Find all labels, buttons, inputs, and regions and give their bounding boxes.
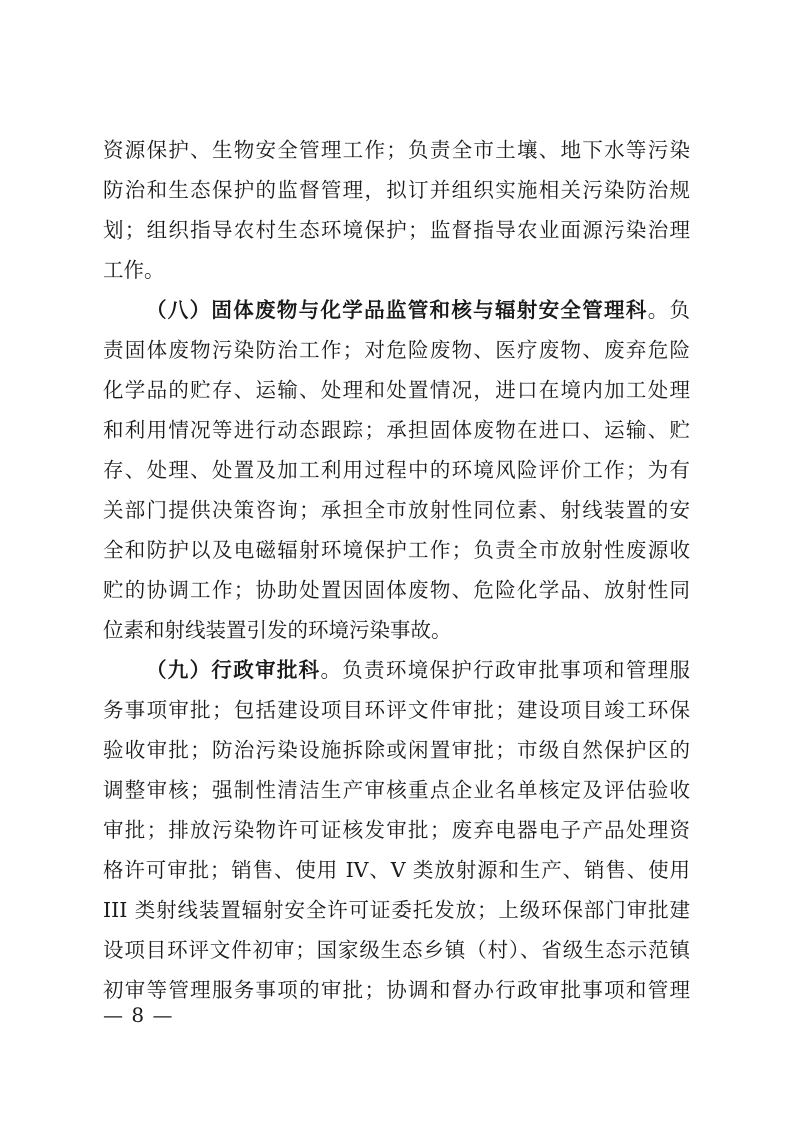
body-text-run: 。负 [648, 298, 690, 322]
text-line: 设项目环评文件初审；国家级生态乡镇（村）、省级生态示范镇 [103, 930, 690, 970]
text-line: III 类射线装置辐射安全许可证委托发放；上级环保部门审批建 [103, 890, 690, 930]
text-line: 资源保护、生物安全管理工作；负责全市土壤、地下水等污染 [103, 130, 690, 170]
text-line: 和利用情况等进行动态跟踪；承担固体废物在进口、运输、贮 [103, 410, 690, 450]
text-line: 存、处理、处置及加工利用过程中的环境风险评价工作；为有 [103, 450, 690, 490]
body-text-run: III 类射线装置辐射安全许可证委托发放；上级环保部门审批建 [103, 898, 690, 922]
text-line: 防治和生态保护的监督管理，拟订并组织实施相关污染防治规 [103, 170, 690, 210]
text-line: 位素和射线装置引发的环境污染事故。 [103, 610, 690, 650]
body-text-run: 务事项审批；包括建设项目环评文件审批；建设项目竣工环保 [103, 698, 690, 722]
text-line: 责固体废物污染防治工作；对危险废物、医疗废物、废弃危险 [103, 330, 690, 370]
body-text-run: 工作。 [103, 258, 165, 282]
section-heading-text: （八）固体废物与化学品监管和核与辐射安全管理科 [146, 298, 648, 322]
body-text-run: 验收审批；防治污染设施拆除或闲置审批；市级自然保护区的 [103, 738, 690, 762]
body-text-run: 存、处理、处置及加工利用过程中的环境风险评价工作；为有 [103, 458, 690, 482]
body-text-run: 防治和生态保护的监督管理，拟订并组织实施相关污染防治规 [103, 178, 690, 202]
body-text-run: 全和防护以及电磁辐射环境保护工作；负责全市放射性废源收 [103, 538, 690, 562]
document-body: 资源保护、生物安全管理工作；负责全市土壤、地下水等污染防治和生态保护的监督管理，… [103, 130, 690, 1010]
body-text-run: 审批；排放污染物许可证核发审批；废弃电器电子产品处理资 [103, 818, 690, 842]
page-number: — 8 — [103, 1000, 173, 1030]
document-page: 资源保护、生物安全管理工作；负责全市土壤、地下水等污染防治和生态保护的监督管理，… [0, 0, 793, 1122]
body-text-run: 和利用情况等进行动态跟踪；承担固体废物在进口、运输、贮 [103, 418, 690, 442]
body-text-run: 设项目环评文件初审；国家级生态乡镇（村）、省级生态示范镇 [103, 938, 690, 962]
paragraph: （八）固体废物与化学品监管和核与辐射安全管理科。负责固体废物污染防治工作；对危险… [103, 290, 690, 650]
body-text-run: 化学品的贮存、运输、处理和处置情况，进口在境内加工处理 [103, 378, 690, 402]
body-text-run: 关部门提供决策咨询；承担全市放射性同位素、射线装置的安 [103, 498, 690, 522]
text-line: （九）行政审批科。负责环境保护行政审批事项和管理服 [103, 650, 690, 690]
text-line: 关部门提供决策咨询；承担全市放射性同位素、射线装置的安 [103, 490, 690, 530]
text-line: 贮的协调工作；协助处置因固体废物、危险化学品、放射性同 [103, 570, 690, 610]
text-line: （八）固体废物与化学品监管和核与辐射安全管理科。负 [103, 290, 690, 330]
body-text-run: 。负责环境保护行政审批事项和管理服 [321, 658, 691, 682]
body-text-run: 位素和射线装置引发的环境污染事故。 [103, 618, 452, 642]
body-text-run: 贮的协调工作；协助处置因固体废物、危险化学品、放射性同 [103, 578, 690, 602]
text-line: 工作。 [103, 250, 690, 290]
paragraph: 资源保护、生物安全管理工作；负责全市土壤、地下水等污染防治和生态保护的监督管理，… [103, 130, 690, 290]
section-heading-text: （九）行政审批科 [146, 658, 321, 682]
body-text-run: 资源保护、生物安全管理工作；负责全市土壤、地下水等污染 [103, 138, 690, 162]
body-text-run: 调整审核；强制性清洁生产审核重点企业名单核定及评估验收 [103, 778, 690, 802]
body-text-run: 格许可审批；销售、使用 IV、V 类放射源和生产、销售、使用 [103, 858, 690, 882]
text-line: 化学品的贮存、运输、处理和处置情况，进口在境内加工处理 [103, 370, 690, 410]
text-line: 务事项审批；包括建设项目环评文件审批；建设项目竣工环保 [103, 690, 690, 730]
text-line: 格许可审批；销售、使用 IV、V 类放射源和生产、销售、使用 [103, 850, 690, 890]
text-line: 验收审批；防治污染设施拆除或闲置审批；市级自然保护区的 [103, 730, 690, 770]
text-line: 全和防护以及电磁辐射环境保护工作；负责全市放射性废源收 [103, 530, 690, 570]
body-text-run: 划；组织指导农村生态环境保护；监督指导农业面源污染治理 [103, 218, 690, 242]
text-line: 审批；排放污染物许可证核发审批；废弃电器电子产品处理资 [103, 810, 690, 850]
text-line: 初审等管理服务事项的审批；协调和督办行政审批事项和管理 [103, 970, 690, 1010]
text-line: 划；组织指导农村生态环境保护；监督指导农业面源污染治理 [103, 210, 690, 250]
text-line: 调整审核；强制性清洁生产审核重点企业名单核定及评估验收 [103, 770, 690, 810]
body-text-run: 初审等管理服务事项的审批；协调和督办行政审批事项和管理 [103, 978, 690, 1002]
paragraph: （九）行政审批科。负责环境保护行政审批事项和管理服务事项审批；包括建设项目环评文… [103, 650, 690, 1010]
body-text-run: 责固体废物污染防治工作；对危险废物、医疗废物、废弃危险 [103, 338, 690, 362]
